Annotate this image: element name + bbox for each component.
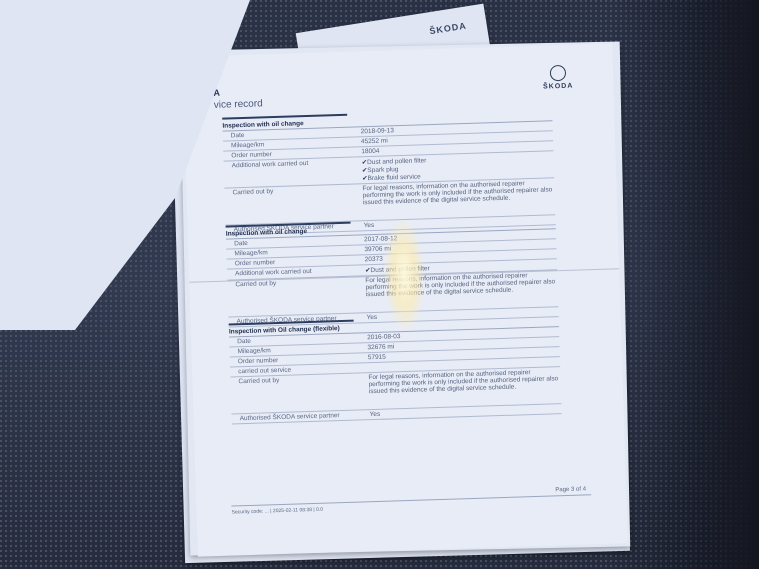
service-section: Inspection with Oil change (flexible) Da… [229, 313, 562, 424]
row-value: For legal reasons, information on the au… [362, 179, 555, 219]
skoda-logo-text: ŠKODA [543, 83, 573, 91]
skoda-emblem-icon [550, 65, 566, 81]
seat-shadow [610, 0, 759, 569]
back-sheet-brand: ŠKODA [429, 21, 468, 37]
row-label: Authorised ŠKODA service partner [232, 411, 370, 422]
page-number: Page 3 of 4 [555, 486, 586, 493]
row-label: Additional work carried out [224, 158, 363, 186]
row-label: Carried out by [224, 185, 363, 223]
row-label: Carried out by [230, 374, 369, 412]
security-code-footer: Security code: ... | 2025-02-11 08:38 | … [231, 494, 591, 515]
row-label: Carried out by [227, 277, 366, 315]
row-value: For legal reasons, information on the au… [368, 368, 561, 408]
service-record-page: A vice record ŠKODA Inspection with oil … [182, 43, 627, 556]
skoda-logo: ŠKODA [542, 65, 573, 91]
row-value-list: Dust and pollen filter Spark plug Brake … [362, 152, 555, 182]
doc-title: vice record [214, 98, 263, 111]
